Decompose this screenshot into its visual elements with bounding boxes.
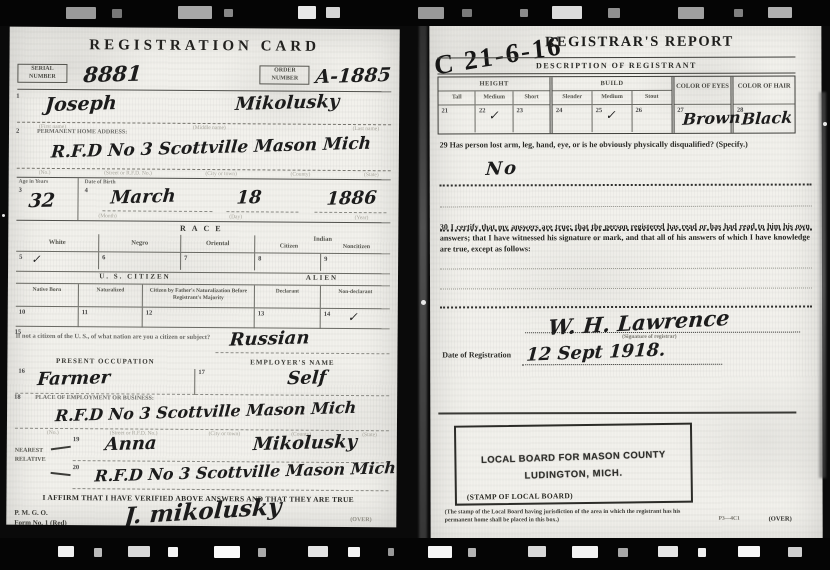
cit-box-11: 11 [78,307,142,327]
cit-box-12: 12 [142,308,254,329]
stamp-caption: (STAMP OF LOCAL BOARD) [467,491,573,501]
nation-row: 15 If not a citizen of the U. S., of wha… [15,331,389,358]
check-mark-icon: ✓ [31,252,43,266]
film-right-edge [819,92,826,478]
film-mark [178,6,212,19]
rule [437,73,795,75]
cit-box-10: 10 [16,307,78,327]
occupation-cell: 16 Farmer [15,368,195,395]
dob-month-line [102,210,212,212]
caption-last-name: (Last name) [353,126,379,132]
form-number: Form No. 1 (Red) [14,518,67,527]
box-21: 21 [439,105,476,132]
box-number: 23 [516,107,523,114]
serial-row: SERIAL NUMBER 8881 ORDER NUMBER A-1885 [17,58,391,93]
box-22: 22 ✓ [475,105,513,132]
box-number: 13 [258,310,265,317]
nation-label: If not a citizen of the U. S., of what n… [16,333,216,343]
film-mark [224,9,233,17]
film-mark [66,7,96,19]
film-mark [462,9,472,17]
film-mark [348,547,360,557]
row-number: 19 [73,436,80,443]
registration-card-page: REGISTRATION CARD SERIAL NUMBER 8881 ORD… [6,27,399,528]
box-number: 17 [198,369,205,376]
col-declarant: Declarant [254,285,320,307]
race-col-white: White [16,234,98,252]
box-number: 22 [479,107,486,114]
caption-city: (City or town) [205,171,237,177]
employment-value: R.F.D No 3 Scottville Mason Mich [54,398,357,425]
film-mark [418,7,444,19]
order-number-label: ORDER NUMBER [260,65,310,84]
film-edge-top [0,0,830,26]
film-mark [326,7,340,18]
check-mark-icon: ✓ [347,310,361,325]
box-24: 24 [553,105,592,132]
description-table: HEIGHT Tall Medium Short 21 22 ✓ [437,76,795,135]
box-number: 26 [635,107,642,114]
order-number-value: A-1885 [315,63,392,87]
over-note: (OVER) [769,516,792,523]
race-numbers-row: 5 ✓ 6 7 8 9 [16,251,390,272]
col-stout: Stout [631,91,671,104]
nation-value: Russian [229,327,310,350]
caption-year: (Year) [355,215,369,221]
check-mark-icon: ✓ [488,108,501,123]
col-medium-height: Medium [475,91,512,104]
check-mark-icon: ✓ [605,108,618,123]
relative-address-row: 20 R.F.D No 3 Scottville Mason Mich [73,463,389,491]
race-box-5: 5 ✓ [16,252,98,270]
spacer [142,74,260,75]
race-section: RACE White Negro Oriental Indian Citizen… [16,223,390,272]
height-numbers: 21 22 ✓ 23 [439,105,550,132]
citizenship-numbers-row: 10 11 12 13 14 ✓ [16,306,390,330]
film-mark [428,546,452,558]
film-mark [298,6,316,19]
serial-number-label: SERIAL NUMBER [17,64,67,83]
caption-county: (County) [291,172,311,178]
dotted-line [440,206,812,208]
race-box-9: 9 [320,254,390,271]
film-mark [678,7,704,19]
row-number: 3 [19,187,22,194]
home-address-value: R.F.D No 3 Scottville Mason Mich [50,134,372,163]
film-speck [823,122,827,126]
build-group: BUILD Slender Medium Stout 24 25 ✓ [550,77,671,133]
dotted-line [440,306,812,309]
film-scan: REGISTRATION CARD SERIAL NUMBER 8881 ORD… [0,0,830,570]
separator-rule [438,412,796,415]
local-board-stamp-box: LOCAL BOARD FOR MASON COUNTY LUDINGTON, … [454,423,693,506]
race-col-noncitizen: Noncitizen [323,244,391,250]
col-slender: Slender [553,91,592,104]
rule [437,57,795,59]
film-mark [738,546,760,557]
form-identifier: P. M. G. O. Form No. 1 (Red) [14,509,67,528]
relative-last-name: Mikolusky [252,431,358,455]
film-mark [788,547,802,557]
race-box-7: 7 [180,253,254,271]
box-number: 11 [82,309,88,316]
box-number: 25 [596,107,603,114]
report-subtitle: DESCRIPTION OF REGISTRANT [437,61,795,71]
box-number: 10 [19,309,26,316]
employment-row: 18 PLACE OF EMPLOYMENT OR BUSINESS: R.F.… [15,395,389,432]
film-mark [94,548,102,557]
nearest-relative-label: NEAREST RELATIVE [15,447,55,465]
film-mark [520,9,528,17]
race-indian-group: Indian Citizen Noncitizen [254,235,390,253]
age-label: Age in Years [19,179,48,185]
card-title: REGISTRATION CARD [10,37,400,57]
film-mark [698,548,706,557]
dotted-line [440,288,812,290]
question-29: 29 Has person lost arm, leg, hand, eye, … [440,140,812,152]
stamp-instructions: (The stamp of the Local Board having jur… [445,508,697,525]
dob-year-value: 1886 [326,187,378,209]
eyes-group: COLOR OF EYES 27 Brown [671,77,731,133]
dob-day-line [226,211,298,213]
film-divider [419,14,427,546]
nearest-relative-section: NEAREST RELATIVE 19 Anna Mikolusky 20 R.… [15,435,389,494]
film-mark [768,7,792,18]
box-number: 24 [556,107,563,114]
col-non-declarant: Non-declarant [320,286,390,308]
build-numbers: 24 25 ✓ 26 [553,105,671,132]
stamp-line-1: LOCAL BOARD FOR MASON COUNTY [456,449,690,467]
race-col-citizen: Citizen [255,243,323,249]
film-mark [112,9,122,18]
row-number: 2 [16,128,19,135]
employment-label: PLACE OF EMPLOYMENT OR BUSINESS: [35,395,154,402]
col-tall: Tall [439,91,475,104]
film-mark [552,6,582,19]
box-26: 26 [631,105,671,132]
stamp-line-2: LUDINGTON, MICH. [457,466,691,484]
form-reference: P3—4C1 [719,516,740,522]
row-number: 4 [85,187,88,194]
hair-header: COLOR OF HAIR [734,77,795,105]
caption-day: (Day) [229,214,242,220]
race-col-negro: Negro [98,234,180,252]
film-mark [468,548,476,557]
caption-month: (Month) [98,213,116,219]
form-org: P. M. G. O. [14,509,67,519]
dotted-line [440,268,812,270]
film-mark [658,546,678,557]
row-number: 18 [14,394,21,401]
box-number: 21 [442,107,449,114]
date-of-registration-value: 12 Sept 1918. [526,339,667,365]
build-sublabels: Slender Medium Stout [553,91,671,105]
col-medium-build: Medium [592,91,632,104]
box-28: 28 Black [734,105,795,132]
race-box-6: 6 [98,252,180,270]
build-header: BUILD [553,77,671,91]
col-short: Short [512,91,549,104]
caption-middle-name: (Middle name) [193,125,226,131]
film-speck [421,300,426,305]
box-25: 25 ✓ [592,105,632,132]
dob-day-value: 18 [236,187,263,209]
eyes-header: COLOR OF EYES [674,77,731,105]
relative-arrow [51,472,71,476]
date-line [522,364,722,366]
citizenship-section: U. S. CITIZEN ALIEN Native Born Naturali… [16,271,390,330]
cit-box-13: 13 [254,308,320,328]
hair-group: COLOR OF HAIR 28 Black [731,77,795,133]
film-mark [308,546,328,557]
citizenship-labels-row: Native Born Naturalized Citizen by Fathe… [16,283,390,309]
relative-first-name: Anna [104,433,157,456]
film-mark [214,546,240,558]
age-cell: Age in Years 3 32 [16,178,78,220]
race-indian-subcols: Citizen Noncitizen [255,243,390,250]
nation-line [215,352,389,354]
film-mark [168,547,178,557]
date-of-registration-label: Date of Registration [442,350,511,359]
occupation-value: Farmer [36,367,111,390]
dotted-line [440,184,812,187]
caption-state: (State) [364,172,379,178]
caption-street: (Street or R.F.D. No.) [104,170,152,176]
box-23: 23 [512,105,550,132]
film-mark [58,546,74,557]
home-address-label: PERMANENT HOME ADDRESS: [37,129,127,136]
certification-text: 30 I certify that my answers are true; t… [440,222,810,255]
box-number: 9 [324,256,327,263]
film-speck [2,214,5,217]
box-number: 12 [146,310,153,317]
employer-value: Self [286,367,327,389]
row-number: 20 [73,464,80,471]
report-title: REGISTRAR'S REPORT [534,34,744,52]
height-header: HEIGHT [438,77,549,91]
film-mark [572,546,598,558]
box-number: 7 [184,255,187,262]
caption-no: (No.) [39,170,51,176]
film-edge-bottom [0,538,830,570]
box-number: 14 [324,311,331,318]
col-citizen-by-father: Citizen by Father's Naturalization Befor… [142,285,254,308]
box-number: 8 [258,255,261,262]
serial-number-value: 8881 [82,61,142,88]
occupation-values: 16 Farmer 17 Self [15,368,389,397]
col-naturalized: Naturalized [78,284,142,306]
question-29-answer: No [485,158,519,180]
height-sublabels: Tall Medium Short [439,91,550,105]
box-number: 5 [19,254,22,261]
name-row: 1 Joseph Mikolusky [17,93,391,126]
race-col-oriental: Oriental [180,235,254,253]
row-number: 1 [16,93,19,100]
film-mark [734,9,743,17]
dob-month-value: March [110,186,177,209]
registrars-report-page: C 21-6-16 REGISTRAR'S REPORT DESCRIPTION… [429,15,822,546]
film-mark [388,548,394,556]
relative-address: R.F.D No 3 Scottville Mason Mich [94,458,397,485]
race-box-8: 8 [254,253,320,270]
cit-box-14: 14 ✓ [320,309,390,329]
age-value: 32 [28,189,56,212]
home-address-row: 2 PERMANENT HOME ADDRESS: R.F.D No 3 Sco… [17,131,391,172]
last-name-value: Mikolusky [234,91,340,115]
box-number: 6 [102,254,105,261]
first-name-value: Joseph [44,92,117,116]
eyes-value: Brown [682,108,741,129]
over-note: (OVER) [350,517,371,523]
film-mark [128,546,150,557]
film-mark [608,8,620,18]
box-number: 16 [18,368,25,375]
film-mark [618,548,628,557]
height-group: HEIGHT Tall Medium Short 21 22 ✓ [438,77,550,133]
dob-year-line [314,212,386,214]
film-mark [258,548,266,557]
employer-cell: 17 Self [195,369,389,396]
dob-label: Date of Birth [85,179,116,185]
hair-value: Black [741,108,793,129]
film-mark [528,546,546,557]
box-27: 27 Brown [674,105,731,132]
race-header: RACE [16,223,390,235]
race-indian-header: Indian [255,235,390,243]
col-native-born: Native Born [16,284,78,306]
